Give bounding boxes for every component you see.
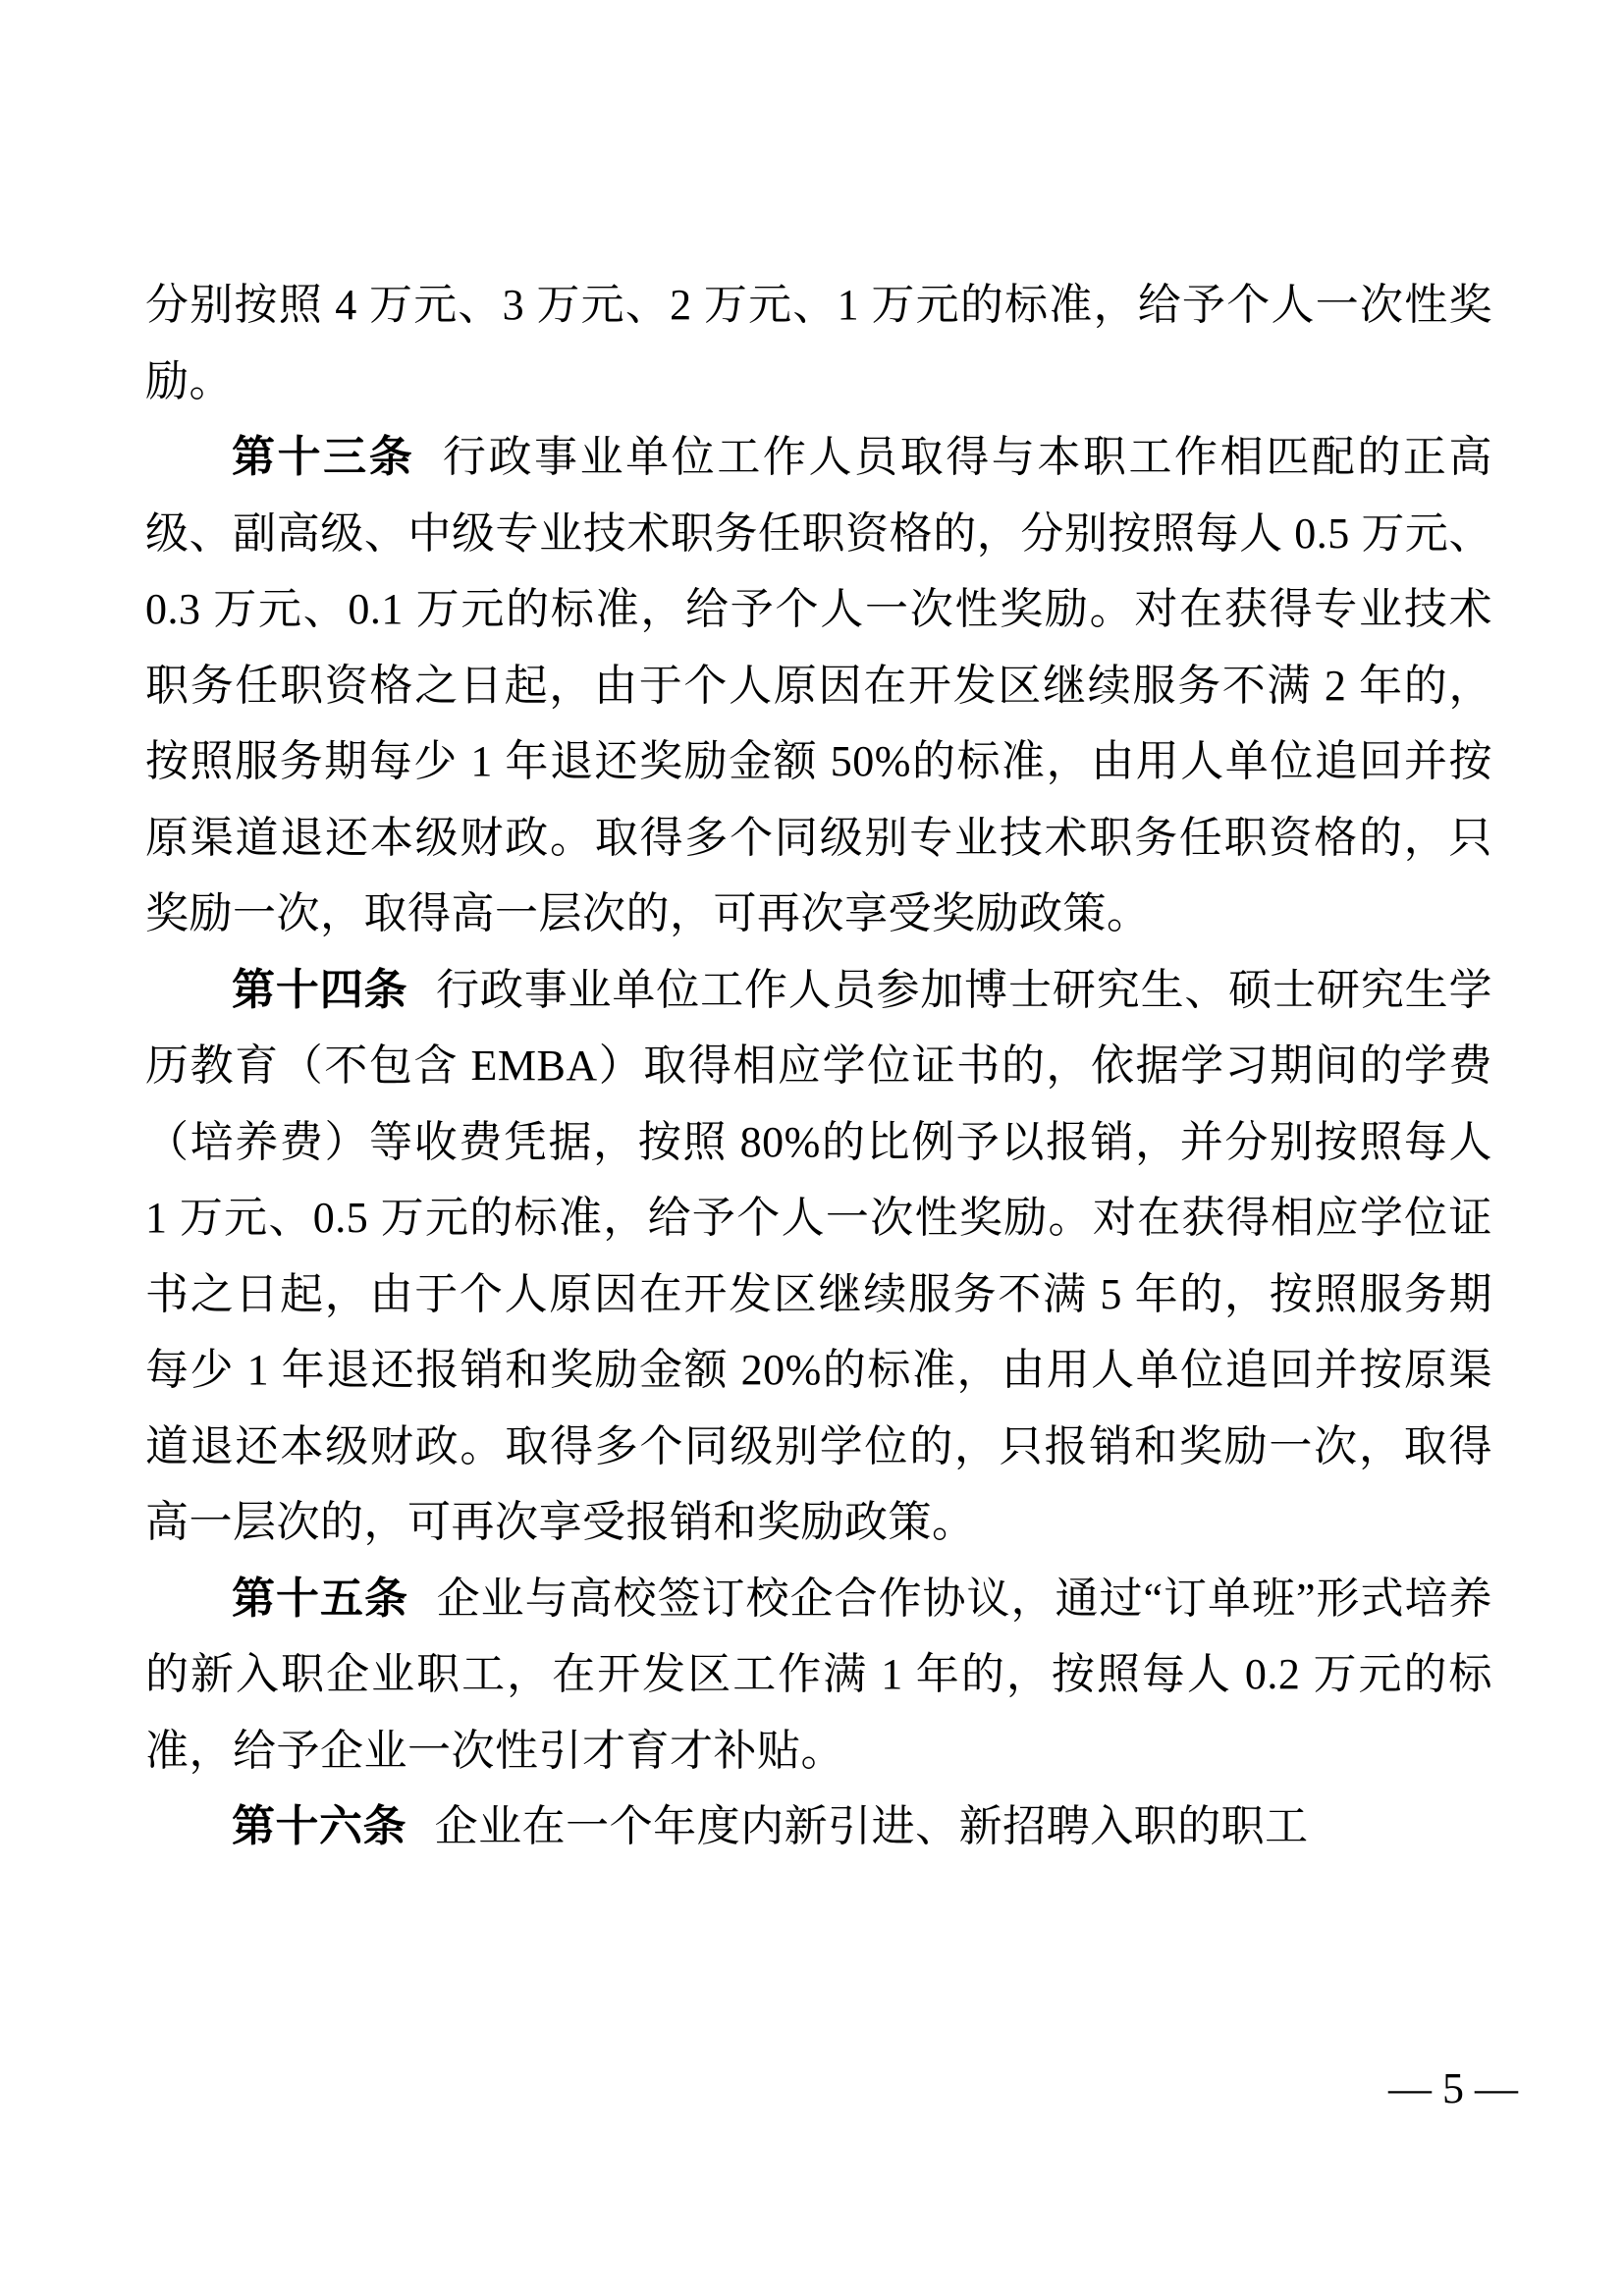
article-16-label: 第十六条 bbox=[232, 1802, 406, 1850]
article-14-label: 第十四条 bbox=[232, 966, 407, 1014]
paragraph-article-15: 第十五条企业与高校签订校企合作协议，通过“订单班”形式培养的新入职企业职工，在开… bbox=[145, 1561, 1492, 1789]
paragraph-continuation-text: 分别按照 4 万元、3 万元、2 万元、1 万元的标准，给予个人一次性奖励。 bbox=[145, 281, 1492, 405]
article-16-text: 企业在一个年度内新引进、新招聘入职的职工 bbox=[435, 1802, 1309, 1850]
document-page: 分别按照 4 万元、3 万元、2 万元、1 万元的标准，给予个人一次性奖励。 第… bbox=[0, 0, 1624, 2296]
paragraph-article-14: 第十四条行政事业单位工作人员参加博士研究生、硕士研究生学历教育（不包含 EMBA… bbox=[145, 952, 1492, 1561]
article-13-text: 行政事业单位工作人员取得与本职工作相匹配的正高级、副高级、中级专业技术职务任职资… bbox=[145, 433, 1492, 937]
paragraph-continuation: 分别按照 4 万元、3 万元、2 万元、1 万元的标准，给予个人一次性奖励。 bbox=[145, 267, 1492, 419]
paragraph-article-13: 第十三条行政事业单位工作人员取得与本职工作相匹配的正高级、副高级、中级专业技术职… bbox=[145, 419, 1492, 952]
article-15-label: 第十五条 bbox=[232, 1575, 408, 1623]
paragraph-article-16: 第十六条企业在一个年度内新引进、新招聘入职的职工 bbox=[145, 1789, 1492, 1865]
article-13-label: 第十三条 bbox=[232, 433, 414, 481]
document-body: 分别按照 4 万元、3 万元、2 万元、1 万元的标准，给予个人一次性奖励。 第… bbox=[145, 267, 1492, 1865]
article-14-text: 行政事业单位工作人员参加博士研究生、硕士研究生学历教育（不包含 EMBA）取得相… bbox=[145, 966, 1492, 1547]
page-number: — 5 — bbox=[1388, 2059, 1518, 2118]
